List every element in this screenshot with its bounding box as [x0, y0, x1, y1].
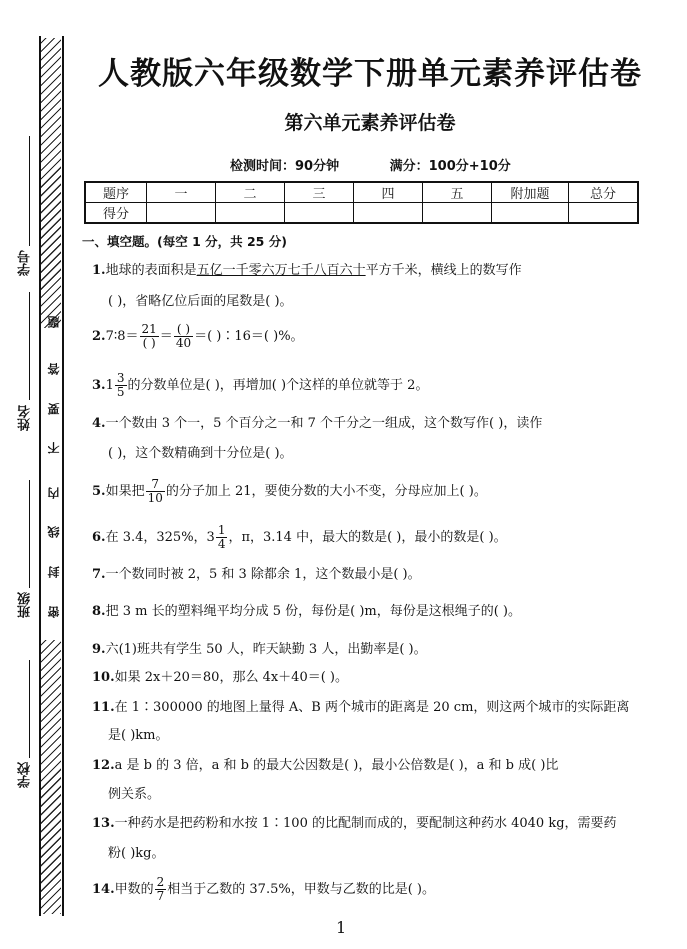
question-number: 13.: [92, 816, 115, 831]
seal-char: 不: [45, 442, 62, 454]
question-number: 1.: [92, 263, 106, 278]
page-subtitle: 第六单元素养评估卷: [90, 108, 650, 135]
margin-line-outer: [62, 36, 64, 916]
numerator: ( ): [174, 323, 193, 337]
numerator: 3: [115, 372, 127, 386]
numerator: 1: [216, 524, 228, 538]
denominator: 5: [115, 386, 127, 399]
denominator: ( ): [140, 337, 159, 350]
fraction: 27: [155, 876, 167, 903]
seal-char: 题: [45, 316, 62, 328]
question-text: a 是 b 的 3 倍，a 和 b 的最大公因数是( )，最小公倍数是( )，a…: [115, 758, 559, 773]
table-cell: 五: [423, 182, 492, 203]
score-table: 题序 一 二 三 四 五 附加题 总分 得分: [84, 181, 639, 224]
question-2: 2.7∶8＝21( )＝( )40＝( )∶16＝( )%。: [92, 323, 304, 350]
exam-meta: 检测时间：90分钟 满分：100分+10分: [230, 155, 557, 174]
seal-char: 线: [45, 526, 62, 538]
question-9: 9.六(1)班共有学生 50 人，昨天缺勤 3 人，出勤率是( )。: [92, 638, 427, 657]
name-field[interactable]: [29, 292, 30, 400]
question-text: 如果 2x＋20＝80，那么 4x＋40＝( )。: [115, 670, 348, 685]
question-number: 3.: [92, 378, 106, 393]
seal-char: 要: [45, 403, 62, 415]
school-field[interactable]: [29, 660, 30, 758]
question-text: 的分数单位是( )，再增加( )个这样的单位就等于 2。: [128, 378, 429, 393]
question-11-line2: 是( )km。: [108, 724, 168, 743]
table-row-score: 得分: [85, 203, 638, 224]
question-7: 7.一个数同时被 2，5 和 3 除都余 1，这个数最小是( )。: [92, 563, 421, 582]
score-cell[interactable]: [354, 203, 423, 224]
question-text: ，π，3.14 中，最大的数是( )，最小的数是( )。: [228, 530, 506, 545]
question-number: 10.: [92, 670, 115, 685]
fraction: 710: [146, 478, 165, 505]
question-text: 相当于乙数的 37.5%，甲数与乙数的比是( )。: [167, 882, 435, 897]
question-12-line2: 例关系。: [108, 783, 160, 802]
question-number: 5.: [92, 484, 106, 499]
question-text: 一个数同时被 2，5 和 3 除都余 1，这个数最小是( )。: [106, 567, 421, 582]
table-cell: 三: [285, 182, 354, 203]
question-number: 8.: [92, 604, 106, 619]
student-id-label: 学号: [16, 250, 35, 276]
table-cell: 题序: [85, 182, 147, 203]
denominator: 10: [146, 492, 165, 505]
score-cell[interactable]: [147, 203, 216, 224]
exam-time: 检测时间：90分钟: [230, 159, 339, 174]
student-id-field[interactable]: [29, 136, 30, 246]
question-5: 5.如果把710的分子加上 21，要使分数的大小不变，分母应加上( )。: [92, 478, 487, 505]
score-cell[interactable]: [569, 203, 639, 224]
numerator: 7: [146, 478, 165, 492]
seal-char: 密: [45, 606, 62, 618]
fraction: 14: [216, 524, 228, 551]
question-number: 4.: [92, 416, 106, 431]
question-3: 3.135的分数单位是( )，再增加( )个这样的单位就等于 2。: [92, 372, 428, 399]
question-number: 6.: [92, 530, 106, 545]
fraction: 21( ): [140, 323, 159, 350]
table-cell: 四: [354, 182, 423, 203]
table-row-header: 题序 一 二 三 四 五 附加题 总分: [85, 182, 638, 203]
denominator: 40: [174, 337, 193, 350]
seal-char: 答: [45, 363, 62, 375]
question-14: 14.甲数的27相当于乙数的 37.5%，甲数与乙数的比是( )。: [92, 876, 435, 903]
question-number: 9.: [92, 642, 106, 657]
question-text: ＝( )∶16＝( )%。: [194, 329, 303, 344]
question-1-line2: ( )，省略亿位后面的尾数是( )。: [108, 290, 293, 309]
question-text: 六(1)班共有学生 50 人，昨天缺勤 3 人，出勤率是( )。: [106, 642, 427, 657]
table-cell: 二: [216, 182, 285, 203]
section-heading: 一、填空题。(每空 1 分，共 25 分): [82, 232, 287, 250]
table-cell: 总分: [569, 182, 639, 203]
page-number: 1: [336, 918, 346, 937]
question-10: 10.如果 2x＋20＝80，那么 4x＋40＝( )。: [92, 666, 348, 685]
question-4: 4.一个数由 3 个一，5 个百分之一和 7 个千分之一组成，这个数写作( )，…: [92, 412, 542, 431]
question-12: 12.a 是 b 的 3 倍，a 和 b 的最大公因数是( )，最小公倍数是( …: [92, 754, 558, 773]
class-field[interactable]: [29, 480, 30, 588]
question-number: 12.: [92, 758, 115, 773]
question-text: 把 3 m 长的塑料绳平均分成 5 份，每份是( )m，每份是这根绳子的( )。: [106, 604, 521, 619]
score-cell[interactable]: [216, 203, 285, 224]
question-number: 7.: [92, 567, 106, 582]
table-cell: 一: [147, 182, 216, 203]
score-cell[interactable]: [423, 203, 492, 224]
question-text: 一个数由 3 个一，5 个百分之一和 7 个千分之一组成，这个数写作( )，读作: [106, 416, 543, 431]
question-1: 1.地球的表面积是五亿一千零六万七千八百六十平方千米，横线上的数写作: [92, 259, 522, 278]
page-title: 人教版六年级数学下册单元素养评估卷: [90, 48, 650, 93]
question-text: 7∶8＝: [106, 329, 139, 344]
class-label: 班级: [16, 592, 35, 618]
question-text: 的分子加上 21，要使分数的大小不变，分母应加上( )。: [166, 484, 487, 499]
denominator: 7: [155, 890, 167, 903]
question-text: 甲数的: [115, 882, 154, 897]
name-label: 姓名: [16, 405, 35, 431]
hatch-top: [41, 38, 61, 328]
question-text: 如果把: [106, 484, 145, 499]
question-6: 6.在 3.4，325%，314，π，3.14 中，最大的数是( )，最小的数是…: [92, 524, 507, 551]
seal-char: 内: [45, 487, 62, 499]
score-cell[interactable]: [285, 203, 354, 224]
table-cell: 得分: [85, 203, 147, 224]
denominator: 4: [216, 538, 228, 551]
question-text: 地球的表面积是: [106, 263, 197, 278]
question-number: 2.: [92, 329, 106, 344]
question-text: 1: [106, 378, 114, 393]
table-cell: 附加题: [492, 182, 569, 203]
question-text: 在 1∶300000 的地图上量得 A、B 两个城市的距离是 20 cm，则这两…: [115, 700, 630, 715]
question-text: 在 3.4，325%，3: [106, 530, 215, 545]
fraction: ( )40: [174, 323, 193, 350]
school-label: 学校: [16, 762, 35, 788]
question-8: 8.把 3 m 长的塑料绳平均分成 5 份，每份是( )m，每份是这根绳子的( …: [92, 600, 521, 619]
seal-char: 封: [45, 566, 62, 578]
question-number: 11.: [92, 700, 115, 715]
numerator: 2: [155, 876, 167, 890]
full-score: 满分：100分+10分: [390, 159, 511, 174]
question-13: 13.一种药水是把药粉和水按 1∶100 的比配制而成的，要配制这种药水 404…: [92, 812, 617, 831]
binding-margin: 题 答 要 不 内 线 封 密 学号 姓名 班级 学校: [0, 0, 80, 949]
underlined-text: 五亿一千零六万七千八百六十: [197, 263, 366, 278]
question-11: 11.在 1∶300000 的地图上量得 A、B 两个城市的距离是 20 cm，…: [92, 696, 629, 715]
question-13-line2: 粉( )kg。: [108, 842, 164, 861]
hatch-bottom: [41, 640, 61, 914]
question-text: 一种药水是把药粉和水按 1∶100 的比配制而成的，要配制这种药水 4040 k…: [115, 816, 617, 831]
question-text: ＝: [160, 329, 173, 344]
question-number: 14.: [92, 882, 115, 897]
numerator: 21: [140, 323, 159, 337]
score-cell[interactable]: [492, 203, 569, 224]
fraction: 35: [115, 372, 127, 399]
question-4-line2: ( )，这个数精确到十分位是( )。: [108, 442, 293, 461]
question-text: 平方千米，横线上的数写作: [366, 263, 522, 278]
